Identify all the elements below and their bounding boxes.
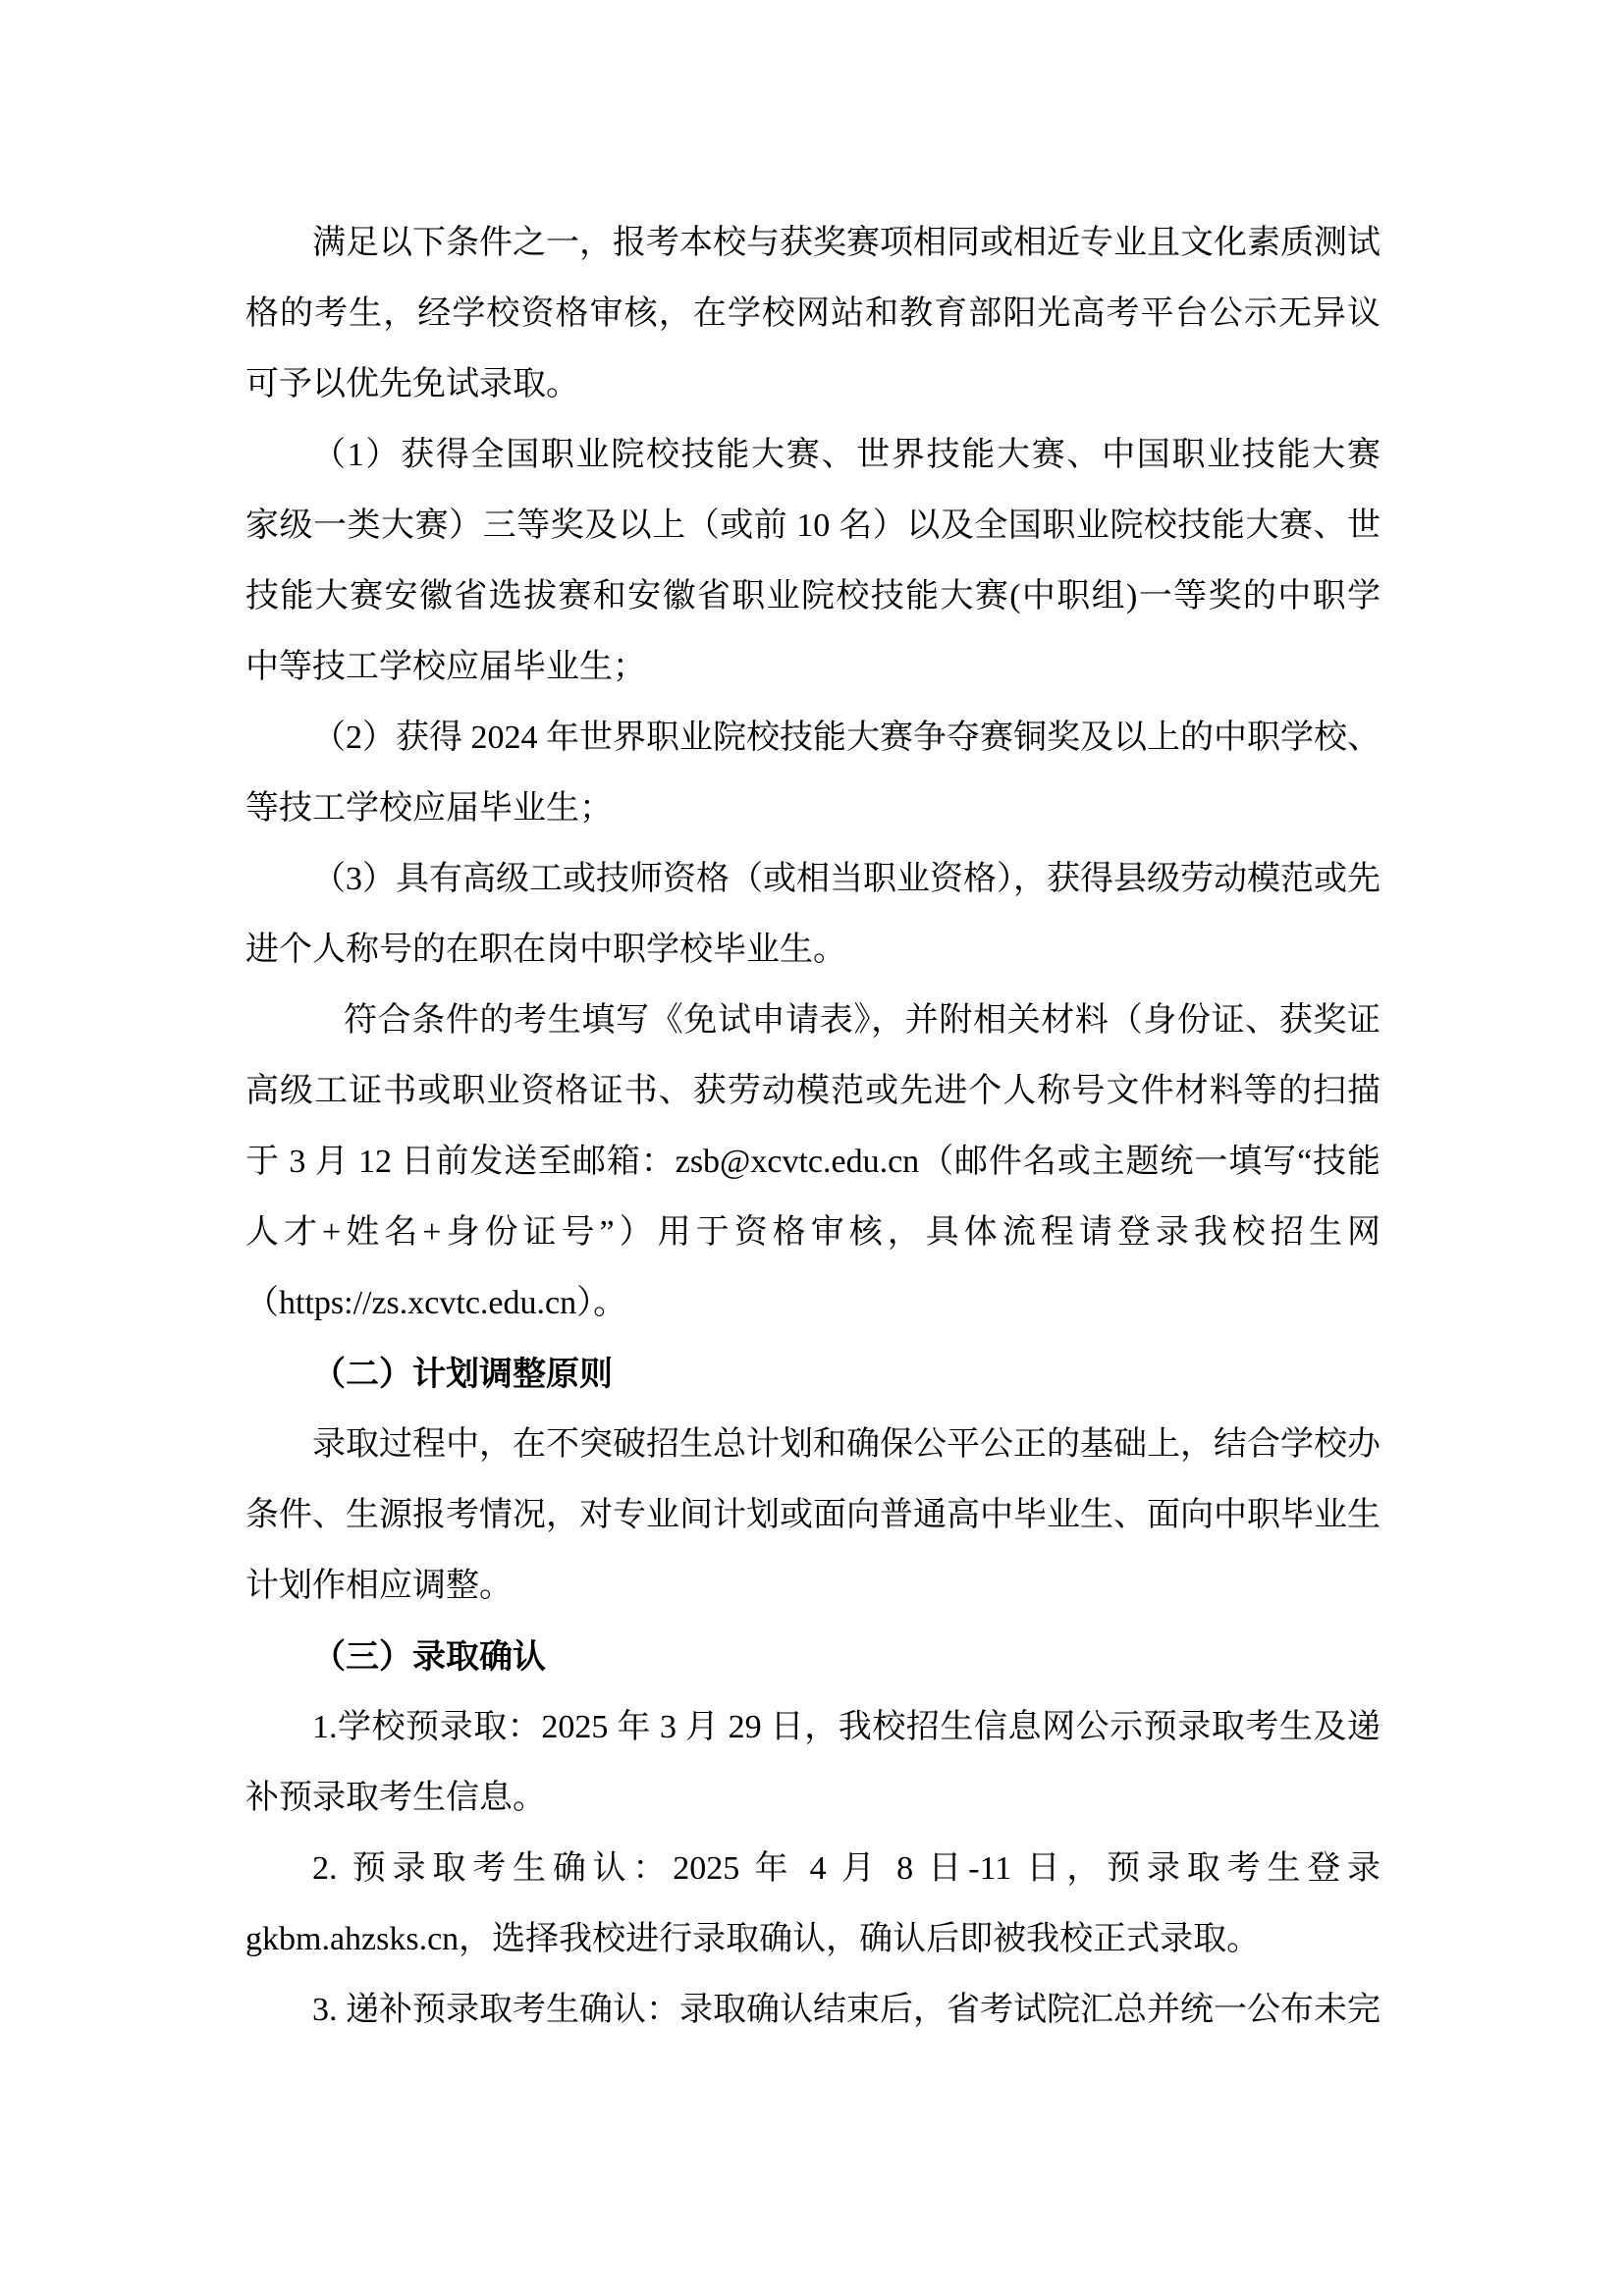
text-line: 人才+姓名+身份证号”）用于资格审核，具体流程请登录我校招生网: [245, 1198, 1380, 1268]
text-line: 条件、生源报考情况，对专业间计划或面向普通高中毕业生、面向中职毕业生间: [245, 1480, 1380, 1551]
text-line: 进个人称号的在职在岗中职学校毕业生。: [245, 915, 1380, 986]
section-heading: （二）计划调整原则: [245, 1339, 1380, 1410]
text-line: 中等技工学校应届毕业生；: [245, 632, 1380, 703]
text-line: 补预录取考生信息。: [245, 1763, 1380, 1834]
text-line: （2）获得 2024 年世界职业院校技能大赛争夺赛铜奖及以上的中职学校、中: [245, 703, 1380, 774]
section-heading: （三）录取确认: [245, 1622, 1380, 1692]
text-line: 计划作相应调整。: [245, 1551, 1380, 1622]
text-line: gkbm.ahzsks.cn，选择我校进行录取确认，确认后即被我校正式录取。: [245, 1904, 1380, 1975]
text-line: 可予以优先免试录取。: [245, 349, 1380, 420]
text-line: 3. 递补预录取考生确认：录取确认结束后，省考试院汇总并统一公布未完: [245, 1975, 1380, 2046]
text-line: 格的考生，经学校资格审核，在学校网站和教育部阳光高考平台公示无异议后，: [245, 279, 1380, 349]
text-line: 于 3 月 12 日前发送至邮箱：zsb@xcvtc.edu.cn（邮件名或主题…: [245, 1127, 1380, 1198]
text-line: 高级工证书或职业资格证书、获劳动模范或先进个人称号文件材料等的扫描件），: [245, 1056, 1380, 1127]
text-line: 家级一类大赛）三等奖及以上（或前 10 名）以及全国职业院校技能大赛、世界: [245, 491, 1380, 561]
text-line: 满足以下条件之一，报考本校与获奖赛项相同或相近专业且文化素质测试合: [245, 208, 1380, 279]
text-line: 录取过程中，在不突破招生总计划和确保公平公正的基础上，结合学校办学: [245, 1410, 1380, 1480]
text-line: 符合条件的考生填写《免试申请表》，并附相关材料（身份证、获奖证书、: [245, 986, 1380, 1056]
text-line: 1.学校预录取：2025 年 3 月 29 日，我校招生信息网公示预录取考生及递: [245, 1692, 1380, 1763]
text-line: （https://zs.xcvtc.edu.cn）。: [245, 1268, 1380, 1339]
text-line: （3）具有高级工或技师资格（或相当职业资格），获得县级劳动模范或先: [245, 844, 1380, 915]
document-body: 满足以下条件之一，报考本校与获奖赛项相同或相近专业且文化素质测试合格的考生，经学…: [245, 208, 1380, 2046]
text-line: 等技工学校应届毕业生；: [245, 774, 1380, 844]
text-line: 技能大赛安徽省选拔赛和安徽省职业院校技能大赛(中职组)一等奖的中职学校、: [245, 561, 1380, 632]
document-page: 满足以下条件之一，报考本校与获奖赛项相同或相近专业且文化素质测试合格的考生，经学…: [0, 0, 1624, 2296]
text-line: （1）获得全国职业院校技能大赛、世界技能大赛、中国职业技能大赛（国: [245, 420, 1380, 491]
text-line: 2. 预录取考生确认：2025 年 4 月 8 日-11 日，预录取考生登录: [245, 1834, 1380, 1904]
